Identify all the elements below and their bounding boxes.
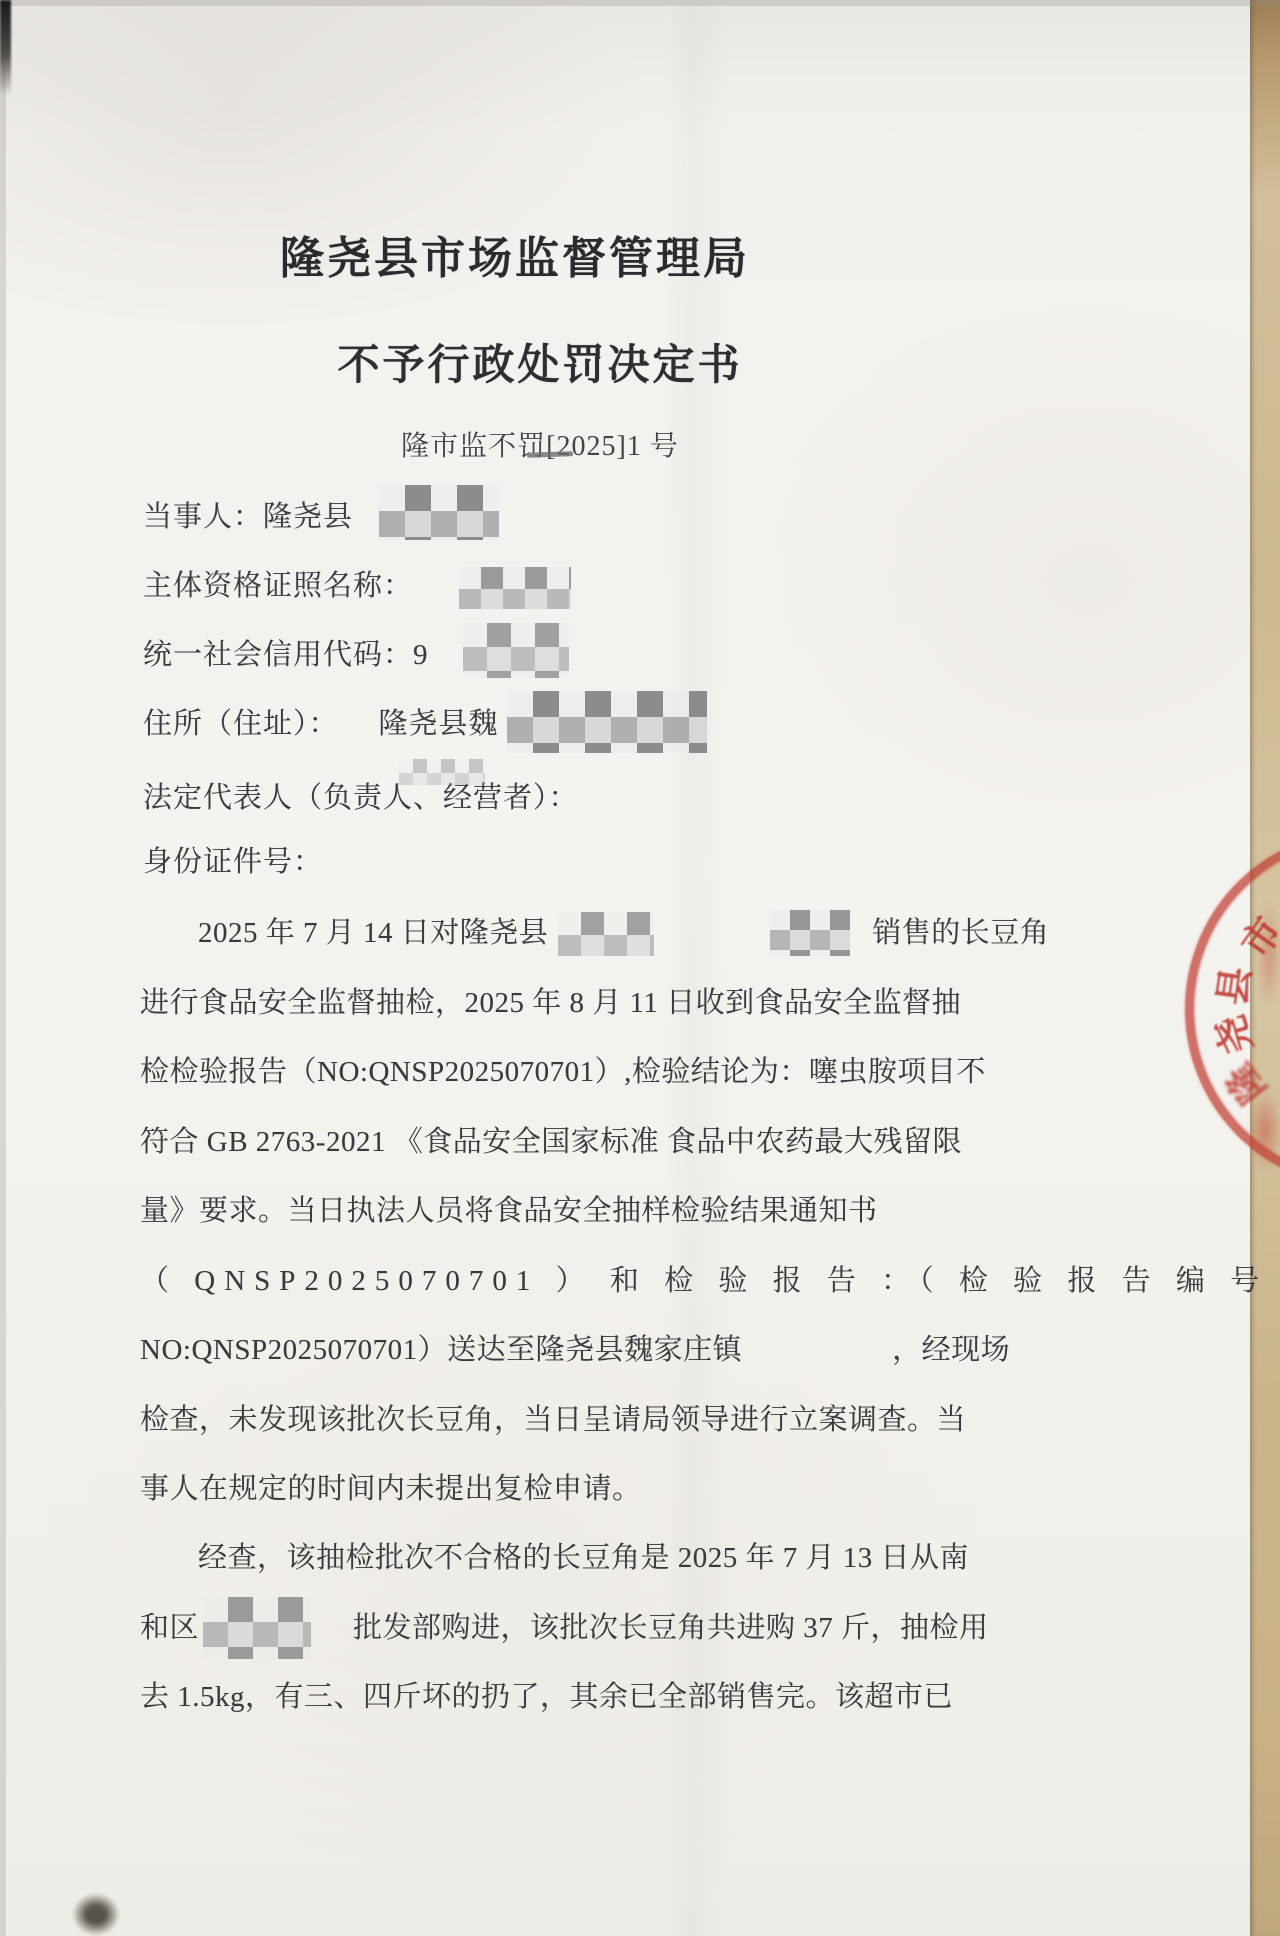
corner-shadow-top-left	[0, 0, 11, 96]
para-line: 量》要求。当日执法人员将食品安全抽样检验结果通知书	[140, 1177, 1020, 1247]
field-value: 隆尧县魏	[379, 708, 499, 740]
seal-character: 县	[1201, 963, 1261, 1008]
seal-ink-smudge	[1248, 1090, 1280, 1170]
redaction-mosaic	[558, 912, 654, 956]
fields-block: 当事人：隆尧县 主体资格证照名称： 统一社会信用代码：9 住所（住址）：隆尧县魏…	[143, 483, 1003, 897]
line-text: 销售的长豆角	[872, 917, 1049, 949]
field-address: 住所（住址）：隆尧县魏	[143, 690, 1003, 759]
para-line: （ QNSP2025070701 ） 和 检 验 报 告 ：（ 检 验 报 告 …	[140, 1247, 1020, 1317]
field-license-name: 主体资格证照名称：	[143, 552, 1003, 621]
paragraph-2: 经查，该抽检批次不合格的长豆角是 2025 年 7 月 13 日从南 和区批发部…	[140, 1524, 1020, 1733]
field-label: 住所（住址）：	[143, 708, 339, 740]
para-line: 经查，该抽检批次不合格的长豆角是 2025 年 7 月 13 日从南	[140, 1524, 1020, 1594]
redaction-mosaic	[203, 1597, 311, 1659]
para-line: NO:QNSP2025070701）送达至隆尧县魏家庄镇，经现场	[140, 1316, 1020, 1386]
para-line: 检检验报告（NO:QNSP2025070701）,检验结论为：噻虫胺项目不	[140, 1038, 1020, 1108]
para-line: 事人在规定的时间内未提出复检申请。	[140, 1455, 1020, 1525]
field-id-number: 身份证件号：	[143, 828, 1003, 897]
line-text: 和区	[140, 1612, 199, 1644]
redaction-mosaic	[463, 623, 569, 678]
field-label: 法定代表人（负责人、经营者）：	[143, 782, 579, 814]
para-line: 和区批发部购进，该批次长豆角共进购 37 斤，抽检用	[140, 1594, 1020, 1664]
field-label: 统一社会信用代码：	[143, 639, 413, 671]
line-text: 批发部购进，该批次长豆角共进购 37 斤，抽检用	[353, 1612, 989, 1644]
field-value: 9	[413, 639, 429, 671]
redaction-mosaic	[399, 759, 485, 785]
para-line: 2025 年 7 月 14 日对隆尧县销售的长豆角	[140, 899, 1020, 969]
para-line: 符合 GB 2763-2021 《食品安全国家标准 食品中农药最大残留限	[140, 1108, 1020, 1178]
stain-bottom-left	[72, 1893, 120, 1936]
redaction-mosaic	[459, 567, 571, 609]
para-line: 检查，未发现该批次长豆角，当日呈请局领导进行立案调查。当	[140, 1386, 1020, 1456]
para-line: 进行食品安全监督抽检，2025 年 8 月 11 日收到食品安全监督抽	[140, 969, 1020, 1039]
field-legal-rep: 法定代表人（负责人、经营者）：	[143, 759, 1003, 828]
seal-ink-smudge	[1256, 900, 1280, 1010]
line-text: ，经现场	[892, 1334, 1010, 1366]
scanned-document-page: { "header": { "title": "隆尧县市场监督管理局", "su…	[0, 0, 1280, 1936]
paper-edge-left	[0, 0, 6, 1936]
redaction-mosaic	[379, 485, 499, 540]
doc-number: 隆市监不罚[2025]1 号	[140, 424, 940, 464]
field-party: 当事人：隆尧县	[143, 483, 1003, 552]
paper-edge-top	[0, 0, 1280, 6]
redaction-mosaic	[770, 910, 850, 956]
field-label: 当事人：	[143, 501, 263, 533]
paragraph-1: 2025 年 7 月 14 日对隆尧县销售的长豆角 进行食品安全监督抽检，202…	[140, 899, 1020, 1525]
redaction-mosaic	[507, 691, 707, 753]
line-text: 2025 年 7 月 14 日对隆尧县	[198, 917, 548, 949]
page-title: 隆尧县市场监督管理局	[0, 222, 1030, 286]
field-credit-code: 统一社会信用代码：9	[143, 621, 1003, 690]
page-subtitle: 不予行政处罚决定书	[60, 332, 1020, 392]
line-text: NO:QNSP2025070701）送达至隆尧县魏家庄镇	[140, 1334, 742, 1366]
field-label: 主体资格证照名称：	[143, 570, 413, 602]
para-line: 去 1.5kg，有三、四斤坏的扔了，其余已全部销售完。该超市已	[140, 1663, 1020, 1733]
field-label: 身份证件号：	[143, 846, 323, 878]
field-value: 隆尧县	[263, 501, 353, 533]
